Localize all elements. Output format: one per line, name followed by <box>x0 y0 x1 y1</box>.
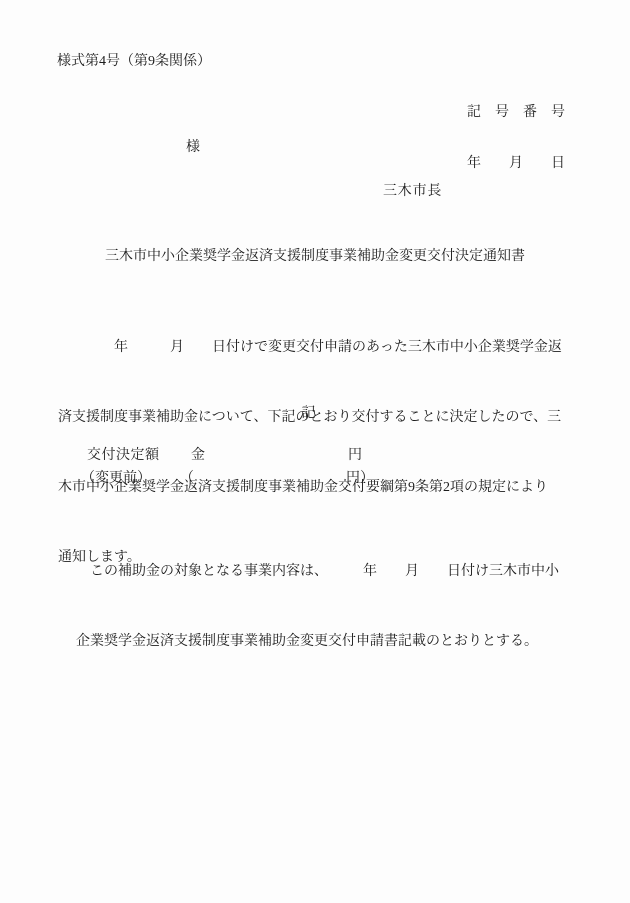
grant-decided-label: 交付決定額 <box>87 448 160 464</box>
grant-previous-row: （変更前） （ 円） <box>81 471 421 489</box>
grant-previous-unit: 円） <box>346 471 374 487</box>
sender-name: 三木市長 <box>383 184 442 200</box>
section-marker: 記 <box>0 406 617 422</box>
reference-block: 記 号 番 号 年 月 日 <box>467 73 565 204</box>
form-number: 様式第4号（第9条関係） <box>57 54 211 70</box>
date-line: 年 月 日 <box>467 156 565 172</box>
body-line-1: 年 月 日付けで変更交付申請のあった三木市中小企業奨学金返 <box>58 336 573 359</box>
grant-previous-open-paren: （ <box>180 471 194 487</box>
closing-line-2: 企業奨学金返済支援制度事業補助金変更交付申請書記載のとおりとする。 <box>62 630 577 653</box>
reference-number-label: 記 号 番 号 <box>467 105 565 121</box>
closing-paragraph: この補助金の対象となる事業内容は、 年 月 日付け三木市中小 企業奨学金返済支援… <box>62 513 577 700</box>
grant-decided-row: 交付決定額 金 円 <box>87 448 427 466</box>
grant-previous-label: （変更前） <box>81 471 151 487</box>
document-page: 様式第4号（第9条関係） 記 号 番 号 年 月 日 様 三木市長 三木市中小企… <box>0 0 630 903</box>
closing-line-1: この補助金の対象となる事業内容は、 年 月 日付け三木市中小 <box>62 560 577 583</box>
addressee-suffix: 様 <box>186 140 200 156</box>
document-title: 三木市中小企業奨学金返済支援制度事業補助金変更交付決定通知書 <box>0 249 630 265</box>
grant-decided-currency-prefix: 金 <box>191 448 205 464</box>
grant-decided-unit: 円 <box>348 448 362 464</box>
